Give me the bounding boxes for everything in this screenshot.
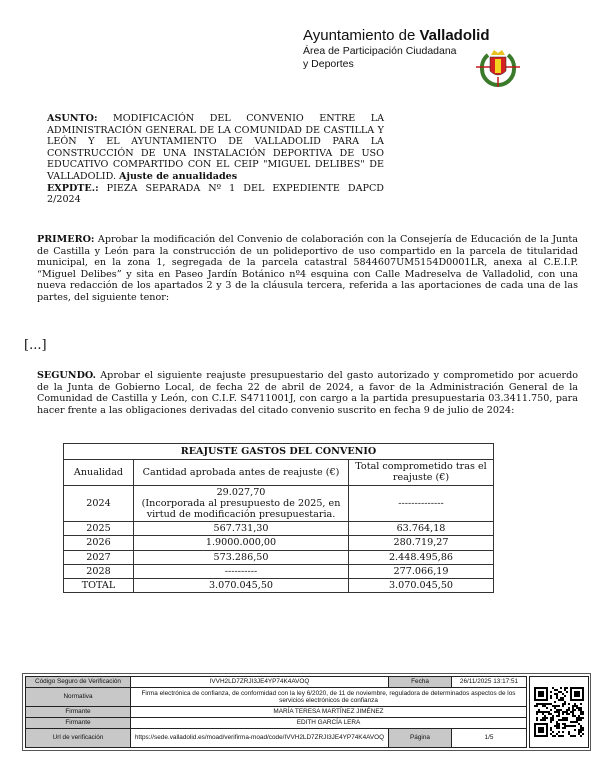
table-row: 2028----------277.066,19 [64,564,494,578]
fecha-label: Fecha [389,677,452,688]
document-header: Ayuntamiento de Valladolid Área de Parti… [303,27,490,70]
cell-before: 3.070.045,50 [134,579,349,593]
asunto-block: ASUNTO: MODIFICACIÓN DEL CONVENIO ENTRE … [47,113,384,206]
primero-paragraph: PRIMERO: Aprobar la modificación del Con… [37,234,578,304]
url-label: Url de verificación [26,729,131,748]
cell-after: 3.070.045,50 [349,579,494,593]
qr-code-icon [529,676,589,748]
pagina-value: 1/5 [452,729,527,748]
cell-year: 2025 [64,522,134,536]
signature-table: Código Seguro de Verificación IVVH2LD7ZR… [25,676,527,748]
cell-before: 567.731,30 [134,522,349,536]
cell-year: 2027 [64,550,134,564]
cell-before: ---------- [134,564,349,578]
cell-after: 277.066,19 [349,564,494,578]
csv-value: IVVH2LD7ZRJI3JE4YP74K4AVOQ [131,677,389,688]
segundo-paragraph: SEGUNDO. Aprobar el siguiente reajuste p… [37,370,578,416]
cell-year: 2028 [64,564,134,578]
firmante-2: EDITH GARCÍA LERA [131,718,527,729]
electronic-signature-box: Código Seguro de Verificación IVVH2LD7ZR… [22,673,591,751]
csv-label: Código Seguro de Verificación [26,677,131,688]
table-row: 20261.9000.000,00280.719,27 [64,536,494,550]
cell-year: 2026 [64,536,134,550]
cell-year: 2024 [64,485,134,522]
cell-before: 573.286,50 [134,550,349,564]
col-header-before: Cantidad aprobada antes de reajuste (€) [134,460,349,485]
table-row: 202429.027,70 (Incorporada al presupuest… [64,485,494,522]
firmante-1: MARÍA TERESA MARTÍNEZ JIMÉNEZ [131,707,527,718]
cell-after: -------------- [349,485,494,522]
firmante-label-2: Firmante [26,718,131,729]
verification-url[interactable]: https://sede.valladolid.es/moad/verifirm… [131,729,389,748]
pagina-label: Página [389,729,452,748]
fecha-value: 26/11/2025 13:17:51 [452,677,527,688]
coat-of-arms-icon [476,47,520,87]
table-row: 2027573.286,502.448.495,86 [64,550,494,564]
area-line-1: Área de Participación Ciudadana [303,45,490,58]
firmante-label-1: Firmante [26,707,131,718]
area-line-2: y Deportes [303,58,490,71]
col-header-year: Anualidad [64,460,134,485]
cell-before: 29.027,70 (Incorporada al presupuesto de… [134,485,349,522]
cell-after: 280.719,27 [349,536,494,550]
normativa-label: Normativa [26,688,131,707]
table-row: TOTAL3.070.045,503.070.045,50 [64,579,494,593]
normativa-value: Firma electrónica de confianza, de confo… [131,688,527,707]
budget-readjustment-table: REAJUSTE GASTOS DEL CONVENIO Anualidad C… [63,443,494,593]
omission-marker: [...] [24,338,47,353]
cell-year: TOTAL [64,579,134,593]
col-header-after: Total comprometido tras el reajuste (€) [349,460,494,485]
org-title: Ayuntamiento de Valladolid [303,27,490,45]
cell-before: 1.9000.000,00 [134,536,349,550]
cell-after: 2.448.495,86 [349,550,494,564]
table-row: 2025567.731,3063.764,18 [64,522,494,536]
table-title: REAJUSTE GASTOS DEL CONVENIO [64,444,494,460]
cell-after: 63.764,18 [349,522,494,536]
